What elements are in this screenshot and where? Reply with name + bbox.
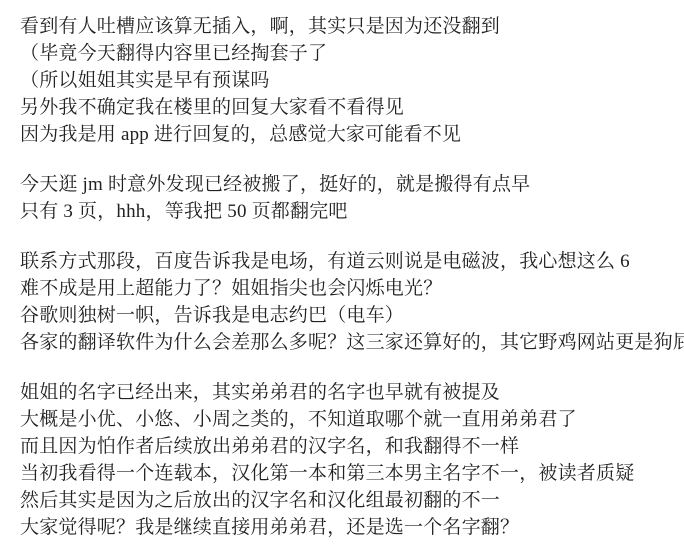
text-line: 大概是小优、小悠、小周之类的，不知道取哪个就一直用弟弟君了 — [20, 406, 666, 433]
text-line: 联系方式那段，百度告诉我是电场，有道云则说是电磁波，我心想这么 6 — [20, 248, 666, 275]
text-line: （毕竟今天翻得内容里已经掏套子了 — [20, 40, 666, 67]
text-line: 当初我看得一个连载本，汉化第一本和第三本男主名字不一，被读者质疑 — [20, 460, 666, 487]
document-page: 看到有人吐槽应该算无插入，啊，其实只是因为还没翻到 （毕竟今天翻得内容里已经掏套… — [0, 0, 684, 560]
text-line: 大家觉得呢？我是继续直接用弟弟君，还是选一个名字翻？ — [20, 514, 666, 541]
text-line: 看到有人吐槽应该算无插入，啊，其实只是因为还没翻到 — [20, 13, 666, 40]
text-line: 另外我不确定我在楼里的回复大家看不看得见 — [20, 94, 666, 121]
text-line: 各家的翻译软件为什么会差那么多呢？这三家还算好的，其它野鸡网站更是狗屁不通 — [20, 329, 666, 356]
text-line: 因为我是用 app 进行回复的，总感觉大家可能看不见 — [20, 121, 666, 148]
text-line: 然后其实是因为之后放出的汉字名和汉化组最初翻的不一 — [20, 487, 666, 514]
paragraph-4: 姐姐的名字已经出来，其实弟弟君的名字也早就有被提及 大概是小优、小悠、小周之类的… — [20, 379, 666, 541]
paragraph-1: 看到有人吐槽应该算无插入，啊，其实只是因为还没翻到 （毕竟今天翻得内容里已经掏套… — [20, 13, 666, 148]
paragraph-3: 联系方式那段，百度告诉我是电场，有道云则说是电磁波，我心想这么 6 难不成是用上… — [20, 248, 666, 356]
text-line: 只有 3 页，hhh，等我把 50 页都翻完吧 — [20, 198, 666, 225]
text-line: 姐姐的名字已经出来，其实弟弟君的名字也早就有被提及 — [20, 379, 666, 406]
text-line: （所以姐姐其实是早有预谋吗 — [20, 67, 666, 94]
paragraph-2: 今天逛 jm 时意外发现已经被搬了，挺好的，就是搬得有点早 只有 3 页，hhh… — [20, 171, 666, 225]
text-line: 今天逛 jm 时意外发现已经被搬了，挺好的，就是搬得有点早 — [20, 171, 666, 198]
text-line: 而且因为怕作者后续放出弟弟君的汉字名，和我翻得不一样 — [20, 433, 666, 460]
text-line: 难不成是用上超能力了？姐姐指尖也会闪烁电光？ — [20, 275, 666, 302]
text-line: 谷歌则独树一帜，告诉我是电志约巴（电车） — [20, 302, 666, 329]
